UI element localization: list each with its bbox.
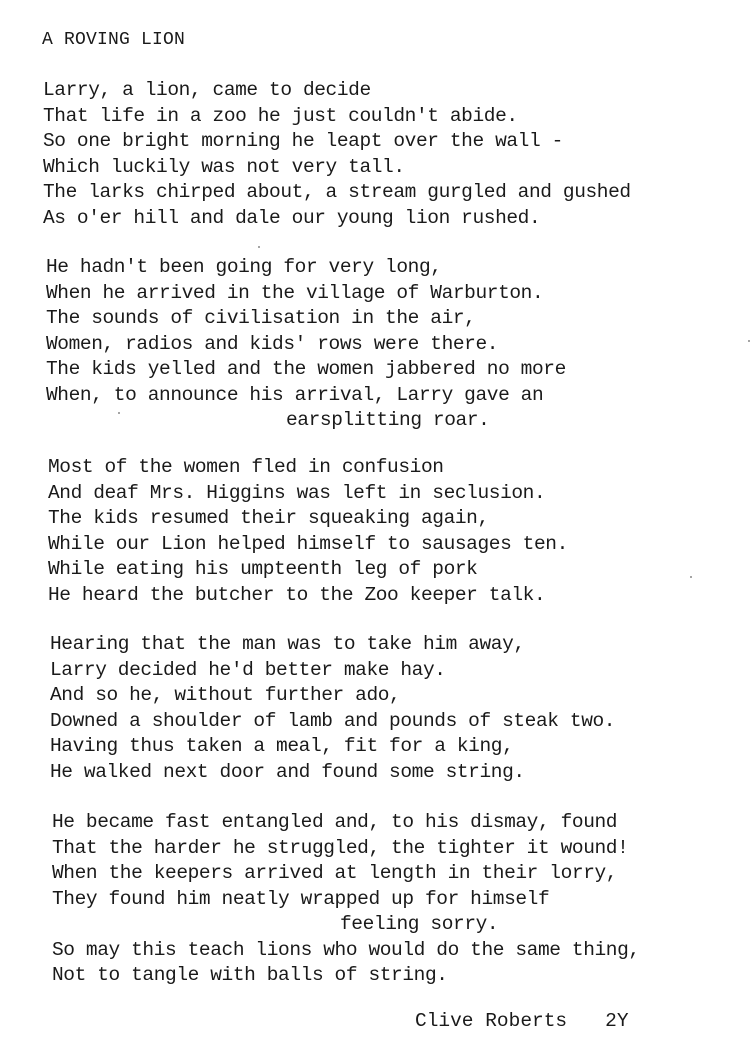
author-name: Clive Roberts <box>415 1010 567 1032</box>
poem-line: Hearing that the man was to take him awa… <box>50 632 615 658</box>
poem-line-continuation: feeling sorry. <box>52 912 640 938</box>
paper-speck <box>748 340 750 342</box>
poem-line: That life in a zoo he just couldn't abid… <box>43 104 631 130</box>
author-form: 2Y <box>605 1010 628 1032</box>
poem-line: That the harder he struggled, the tighte… <box>52 836 640 862</box>
poem-line: When, to announce his arrival, Larry gav… <box>46 383 566 409</box>
poem-line: He became fast entangled and, to his dis… <box>52 810 640 836</box>
poem-line: Which luckily was not very tall. <box>43 155 631 181</box>
poem-line: And so he, without further ado, <box>50 683 615 709</box>
poem-title: A ROVING LION <box>42 30 185 50</box>
poem-line: Downed a shoulder of lamb and pounds of … <box>50 709 615 735</box>
poem-line: Women, radios and kids' rows were there. <box>46 332 566 358</box>
poem-line: Not to tangle with balls of string. <box>52 963 640 989</box>
stanza-1: Larry, a lion, came to decide That life … <box>43 78 631 231</box>
poem-line: So one bright morning he leapt over the … <box>43 129 631 155</box>
poem-line: He walked next door and found some strin… <box>50 760 615 786</box>
poem-line: So may this teach lions who would do the… <box>52 938 640 964</box>
stanza-4: Hearing that the man was to take him awa… <box>50 632 615 785</box>
paper-speck <box>258 246 260 248</box>
stanza-2: He hadn't been going for very long, When… <box>46 255 566 434</box>
poem-line: Larry decided he'd better make hay. <box>50 658 615 684</box>
paper-speck <box>690 576 692 578</box>
signature: Clive Roberts2Y <box>415 1010 629 1032</box>
paper-speck <box>118 412 120 414</box>
poem-line: The larks chirped about, a stream gurgle… <box>43 180 631 206</box>
poem-line: And deaf Mrs. Higgins was left in seclus… <box>48 481 568 507</box>
stanza-3: Most of the women fled in confusion And … <box>48 455 568 608</box>
poem-line: He hadn't been going for very long, <box>46 255 566 281</box>
poem-line-continuation: earsplitting roar. <box>46 408 566 434</box>
poem-line: Having thus taken a meal, fit for a king… <box>50 734 615 760</box>
poem-line: While our Lion helped himself to sausage… <box>48 532 568 558</box>
stanza-5: He became fast entangled and, to his dis… <box>52 810 640 989</box>
poem-line: The kids resumed their squeaking again, <box>48 506 568 532</box>
poem-line: When he arrived in the village of Warbur… <box>46 281 566 307</box>
poem-line: Most of the women fled in confusion <box>48 455 568 481</box>
poem-line: Larry, a lion, came to decide <box>43 78 631 104</box>
poem-line: He heard the butcher to the Zoo keeper t… <box>48 583 568 609</box>
poem-line: The sounds of civilisation in the air, <box>46 306 566 332</box>
poem-line: As o'er hill and dale our young lion rus… <box>43 206 631 232</box>
poem-line: While eating his umpteenth leg of pork <box>48 557 568 583</box>
poem-line: When the keepers arrived at length in th… <box>52 861 640 887</box>
poem-line: The kids yelled and the women jabbered n… <box>46 357 566 383</box>
poem-line: They found him neatly wrapped up for him… <box>52 887 640 913</box>
